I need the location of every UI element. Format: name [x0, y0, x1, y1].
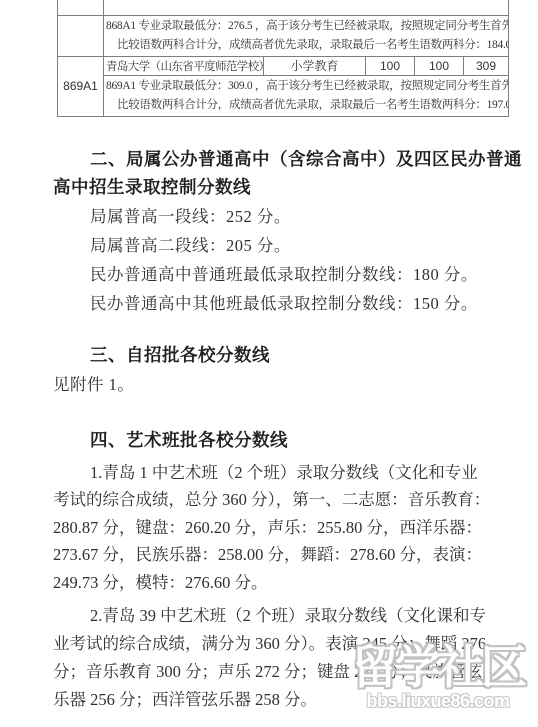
section3-body: 见附件 1。	[53, 371, 523, 398]
paragraph1-line5: 249.73 分，模特：276.60 分。	[53, 569, 523, 596]
cell-code-868-empty	[58, 15, 104, 56]
section3-heading: 三、自招批各校分数线	[53, 342, 523, 369]
cell-code-empty	[58, 0, 104, 15]
watermark: 留学社区 bbs.liuxue86.com	[338, 641, 538, 711]
section2-heading-line1: 二、局属公办普通高中（含综合高中）及四区民办普通	[53, 146, 523, 173]
cell-num-2: 100	[415, 56, 464, 75]
cell-partial-empty	[104, 0, 509, 15]
list-item-private-other: 民办普通高中其他班最低录取控制分数线：150 分。	[53, 290, 523, 317]
cell-num-3: 309	[464, 56, 509, 75]
cell-868-note: 868A1 专业录取最低分：276.5 ，高于该分考生已经被录取，按照规定同分考…	[104, 15, 509, 56]
section2-heading-line2: 高中招生录取控制分数线	[53, 174, 523, 201]
paragraph1-line2: 考试的综合成绩，总分 360 分），第一、二志愿：音乐教育：	[53, 486, 523, 513]
note-869-line1: 869A1 专业录取最低分：309.0 ，高于该分考生已经被录取，按照规定同分考…	[106, 77, 506, 96]
cell-major: 小学教育	[264, 56, 366, 75]
cell-school-name: 青岛大学（山东省平度师范学校）	[104, 56, 264, 75]
watermark-logo-text: 留学社区	[338, 641, 538, 693]
table-row-868-note: 868A1 专业录取最低分：276.5 ，高于该分考生已经被录取，按照规定同分考…	[58, 15, 509, 56]
cell-num-1: 100	[366, 56, 415, 75]
table-row-869-note: 869A1 专业录取最低分：309.0 ，高于该分考生已经被录取，按照规定同分考…	[58, 75, 509, 116]
table-row-partial	[58, 0, 509, 15]
watermark-url: bbs.liuxue86.com	[338, 692, 538, 711]
list-item-tier1: 局属普高一段线：252 分。	[53, 203, 523, 230]
paragraph1-line4: 273.67 分，民族乐器：258.00 分，舞蹈：278.60 分，表演：	[53, 541, 523, 568]
cell-869-note: 869A1 专业录取最低分：309.0 ，高于该分考生已经被录取，按照规定同分考…	[104, 75, 509, 116]
note-868-line2: 比较语数两科合计分，成绩高者优先录取，录取最后一名考生语数两科分：184.0	[106, 36, 506, 55]
cell-code-869: 869A1	[58, 56, 104, 116]
table-row-school: 869A1 青岛大学（山东省平度师范学校） 小学教育 100 100 309	[58, 56, 509, 75]
list-item-private-regular: 民办普通高中普通班最低录取控制分数线：180 分。	[53, 261, 523, 288]
admission-score-table: 868A1 专业录取最低分：276.5 ，高于该分考生已经被录取，按照规定同分考…	[57, 0, 509, 117]
list-item-tier2: 局属普高二段线：205 分。	[53, 232, 523, 259]
note-869-line2: 比较语数两科合计分，成绩高者优先录取，录取最后一名考生语数两科分：197.0	[106, 96, 506, 115]
paragraph2-line1: 2.青岛 39 中艺术班（2 个班）录取分数线（文化课和专	[53, 602, 523, 629]
note-868-line1: 868A1 专业录取最低分：276.5 ，高于该分考生已经被录取，按照规定同分考…	[106, 17, 506, 36]
section4-heading: 四、艺术班批各校分数线	[53, 427, 523, 454]
document-page: 868A1 专业录取最低分：276.5 ，高于该分考生已经被录取，按照规定同分考…	[0, 0, 538, 727]
paragraph1-line3: 280.87 分，键盘：260.20 分，声乐：255.80 分，西洋乐器：	[53, 514, 523, 541]
paragraph1-line1: 1.青岛 1 中艺术班（2 个班）录取分数线（文化和专业	[53, 459, 523, 486]
